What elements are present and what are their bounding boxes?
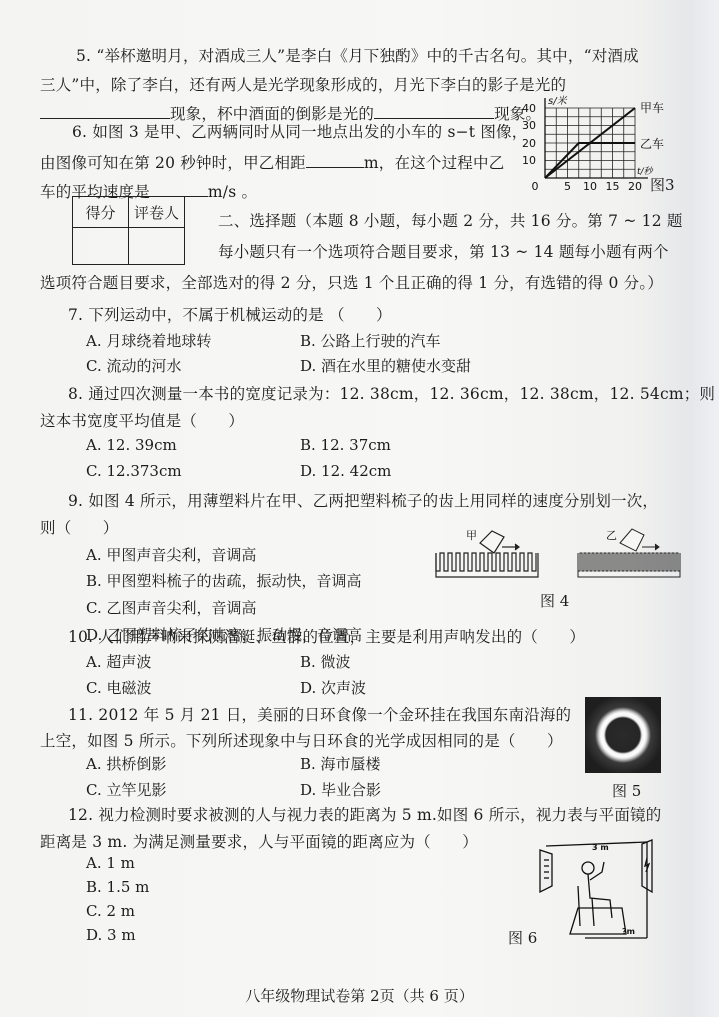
- q6-answer-blank-2[interactable]: [150, 182, 208, 197]
- q12-stem-line1: 12. 视力检测时要求被测的人与视力表的距离为 5 m.如图 6 所示，视力表与…: [68, 803, 661, 825]
- q10-option-c[interactable]: C. 电磁波: [86, 677, 151, 698]
- dim-top-label: 3 m: [592, 843, 609, 852]
- grader-cell[interactable]: [129, 228, 185, 265]
- figure5-label: 图 5: [612, 780, 641, 801]
- q6-answer-blank-1[interactable]: [306, 153, 364, 168]
- q9-stem-line2: 则（ ）: [40, 516, 119, 538]
- q12-option-b[interactable]: B. 1.5 m: [86, 878, 149, 896]
- q8-stem-line2: 这本书宽度平均值是（ ）: [40, 409, 244, 431]
- q6-line3-text2: m/s 。: [208, 183, 257, 201]
- q6-line2-text1: 由图像可知在第 20 秒钟时，甲乙相距: [40, 154, 306, 172]
- svg-text:0: 0: [532, 180, 539, 193]
- q7-stem: 7. 下列运动中，不属于机械运动的是 （ ）: [68, 303, 392, 325]
- svg-text:乙车: 乙车: [640, 137, 664, 151]
- svg-text:10: 10: [522, 154, 536, 167]
- q11-stem-line1: 11. 2012 年 5 月 21 日，美丽的日环食像一个金环挂在我国东南沿海的: [68, 703, 571, 725]
- figure4-label: 图 4: [540, 590, 569, 611]
- svg-text:40: 40: [522, 102, 536, 115]
- q12-option-a[interactable]: A. 1 m: [86, 854, 135, 872]
- q9-option-a[interactable]: A. 甲图声音尖利，音调高: [86, 544, 256, 565]
- svg-text:20: 20: [522, 137, 536, 150]
- q7-option-c[interactable]: C. 流动的河水: [86, 355, 181, 376]
- score-header: 得分: [73, 197, 129, 228]
- grader-header: 评卷人: [129, 197, 185, 228]
- q11-option-d[interactable]: D. 毕业合影: [300, 779, 381, 800]
- svg-text:10: 10: [583, 180, 597, 193]
- comb-jia: [436, 531, 538, 577]
- q11-option-a[interactable]: A. 拱桥倒影: [86, 753, 166, 774]
- svg-text:30: 30: [522, 119, 536, 132]
- score-cell[interactable]: [73, 228, 129, 265]
- q6-line2-text2: m，在这个过程中乙: [364, 154, 505, 172]
- q8-option-a[interactable]: A. 12. 39cm: [86, 436, 177, 454]
- q10-option-d[interactable]: D. 次声波: [300, 677, 366, 698]
- q12-stem-line2: 距离是 3 m. 为满足测量要求，人与平面镜的距离应为（ ）: [40, 830, 478, 852]
- dim-bottom-label: ?m: [622, 927, 635, 936]
- figure6-label: 图 6: [508, 927, 537, 948]
- figure3-st-chart: 40 30 20 10 0 5 10 15 20 s/米 t/秒 甲车 乙车: [530, 96, 660, 196]
- q10-option-a[interactable]: A. 超声波: [86, 651, 151, 672]
- q11-option-c[interactable]: C. 立竿见影: [86, 779, 166, 800]
- q12-option-d[interactable]: D. 3 m: [86, 926, 136, 944]
- svg-text:甲车: 甲车: [640, 101, 664, 115]
- svg-text:5: 5: [564, 180, 571, 193]
- page-footer: 八年级物理试卷第 2页（共 6 页）: [0, 985, 719, 1006]
- q7-option-d[interactable]: D. 酒在水里的糖使水变甜: [300, 355, 471, 376]
- q5-answer-blank-2[interactable]: [374, 104, 494, 119]
- comb-yi-label: 乙: [606, 529, 617, 542]
- q8-option-c[interactable]: C. 12.373cm: [86, 462, 182, 480]
- figure3-label: 图3: [650, 174, 675, 195]
- figure4-combs: 甲 乙: [430, 525, 690, 585]
- q7-option-a[interactable]: A. 月球绕着地球转: [86, 330, 211, 351]
- q6-line1: 6. 如图 3 是甲、乙两辆同时从同一地点出发的小车的 s−t 图像，: [72, 120, 527, 142]
- q5-line2: 三人”中，除了李白，还有两人是光学现象形成的，月光下李白的影子是光的: [40, 73, 566, 95]
- svg-text:s/米: s/米: [548, 95, 568, 107]
- comb-yi: [578, 529, 680, 577]
- q11-stem-line2: 上空，如图 5 所示。下列所述现象中与日环食的光学成因相同的是（ ）: [40, 729, 563, 751]
- svg-text:15: 15: [606, 180, 620, 193]
- q6-line2: 由图像可知在第 20 秒钟时，甲乙相距m，在这个过程中乙: [40, 151, 504, 173]
- q7-option-b[interactable]: B. 公路上行驶的汽车: [300, 330, 441, 351]
- q9-option-c[interactable]: C. 乙图声音尖利，音调高: [86, 597, 256, 618]
- section2-line3: 选项符合题目要求，全部选对的得 2 分，只选 1 个且正确的得 1 分，有选错的…: [40, 271, 663, 293]
- score-box: 得分 评卷人: [72, 196, 185, 265]
- figure6-eye-test-diagram: 3 m ?m: [530, 838, 665, 948]
- q8-stem-line1: 8. 通过四次测量一本书的宽度记录为：12. 38cm，12. 36cm，12.…: [68, 382, 715, 404]
- q9-option-b[interactable]: B. 甲图塑料梳子的齿疏，振动快，音调高: [86, 570, 362, 591]
- q12-option-c[interactable]: C. 2 m: [86, 902, 135, 920]
- section2-line1: 二、选择题（本题 8 小题，每小题 2 分，共 16 分。第 7 ~ 12 题: [218, 209, 683, 231]
- q5-answer-blank-1[interactable]: [40, 104, 170, 119]
- comb-jia-label: 甲: [466, 529, 477, 542]
- figure5-eclipse-image: [585, 697, 661, 773]
- svg-text:20: 20: [628, 180, 642, 193]
- q8-option-b[interactable]: B. 12. 37cm: [300, 436, 391, 454]
- q11-option-b[interactable]: B. 海市蜃楼: [300, 753, 381, 774]
- q5-line1: 5. “举杯邀明月，对酒成三人”是李白《月下独酌》中的千古名句。其中，“对酒成: [76, 44, 639, 66]
- q10-option-b[interactable]: B. 微波: [300, 651, 351, 672]
- section2-line2: 每小题只有一个选项符合题目要求，第 13 ~ 14 题每小题有两个: [218, 240, 669, 262]
- q10-stem: 10. 人们用声呐来探测潜艇、鱼群的位置，主要是利用声呐发出的（ ）: [68, 625, 585, 647]
- q8-option-d[interactable]: D. 12. 42cm: [300, 462, 391, 480]
- q9-stem-line1: 9. 如图 4 所示，用薄塑料片在甲、乙两把塑料梳子的齿上用同样的速度分别划一次…: [68, 489, 658, 511]
